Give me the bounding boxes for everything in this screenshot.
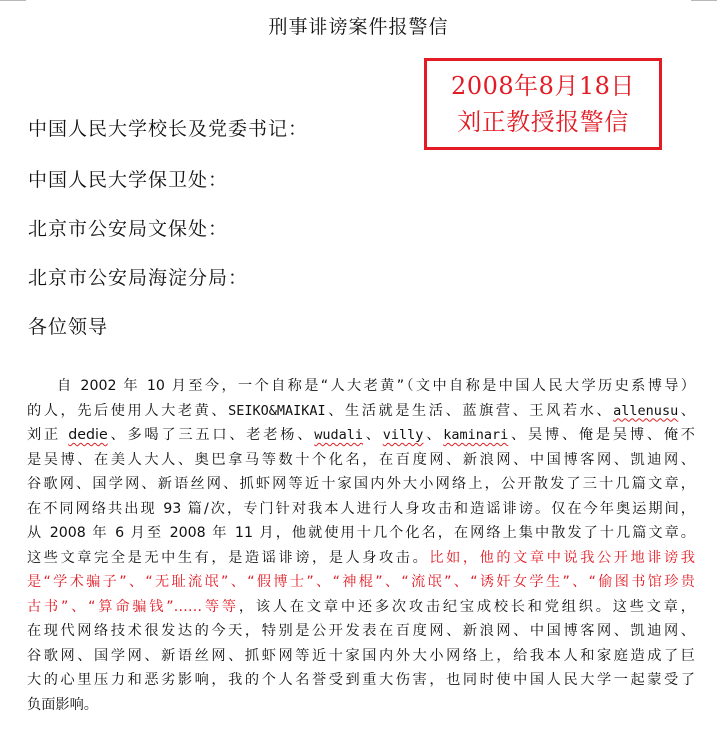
highlighted-text: 比如，他的文章中说我公开地诽谤我 [429,550,695,566]
text-run: 从 2008 年 6 月至 2008 年 11 月，他就使用十几个化名，在网络上… [27,525,695,541]
page-corner-mark-left [0,0,26,1]
body-line: 大的心里压力和恶劣影响，我的个人名誉受到重大伤害，也同时使中国人民大学一起蒙受了 [27,668,695,693]
spellcheck-flagged-word: villy [383,427,424,443]
body-line: 的人，先后使用人大老黄、SEIKO&MAIKAI、生活就是生活、蓝旗营、王风若水… [27,399,695,424]
text-run: 是吴博、在美人大人、奥巴拿马等数十个化名，在百度网、新浪网、中国博客网、凯迪网、 [27,452,695,468]
text-run: 、吴博、俺是吴博、俺不 [508,427,695,443]
addressee-leaders: 各位领导 [28,312,108,339]
text-run: 、多喝了三五口、老老杨、 [108,427,315,443]
text-run: 、 [423,427,443,443]
date-stamp-box: 2008年8月18日 刘正教授报警信 [424,58,662,150]
text-run: SEIKO&MAIKAI [228,403,326,419]
highlighted-text: 古书”、“算命骗钱”……等等 [27,599,239,615]
body-paragraph: 自 2002 年 10 月至今，一个自称是“人大老黄”（文中自称是中国人民大学历… [27,374,695,717]
body-line: 谷歌网、国学网、新语丝网、抓虾网等近十家国内外大小网络上，公开散发了三十几篇文章… [27,472,695,497]
stamp-date: 2008年8月18日 [451,68,635,104]
body-line: 从 2008 年 6 月至 2008 年 11 月，他就使用十几个化名，在网络上… [27,521,695,546]
text-run: ，该人在文章中还多次攻击纪宝成校长和党组织。这些文章， [239,599,695,615]
text-run: 、 [678,403,695,419]
addressee-police-haidian: 北京市公安局海淀分局： [28,263,248,290]
body-line: 这些文章完全是无中生有，是造谣诽谤，是人身攻击。比如，他的文章中说我公开地诽谤我 [27,546,695,571]
text-run: 这些文章完全是无中生有，是造谣诽谤，是人身攻击。 [27,550,429,566]
text-run: 负面影响。 [27,697,98,713]
text-run: 谷歌网、国学网、新语丝网、抓虾网等近十家国内外大小网络上，给我本人和家庭造成了巨 [27,648,695,664]
addressee-president: 中国人民大学校长及党委书记： [28,114,308,141]
text-run: 的人，先后使用人大老黄、 [27,403,228,419]
text-run: 在不同网络共出现 93 篇/次，专门针对我本人进行人身攻击和造谣诽谤。仅在今年奥… [27,501,695,517]
text-run: 大的心里压力和恶劣影响，我的个人名誉受到重大伤害，也同时使中国人民大学一起蒙受了 [27,672,695,688]
body-line: 自 2002 年 10 月至今，一个自称是“人大老黄”（文中自称是中国人民大学历… [27,374,695,399]
body-line: 刘正 dedie、多喝了三五口、老老杨、wudali、villy、kaminar… [27,423,695,448]
addressee-police-culture: 北京市公安局文保处： [28,214,228,241]
body-line: 在不同网络共出现 93 篇/次，专门针对我本人进行人身攻击和造谣诽谤。仅在今年奥… [27,497,695,522]
body-line: 负面影响。 [27,693,695,718]
body-line: 在现代网络技术很发达的今天，特别是公开发表在百度网、新浪网、中国博客网、凯迪网、 [27,619,695,644]
document-title: 刑事诽谤案件报警信 [0,12,717,39]
spellcheck-flagged-word: allenusu [613,403,678,419]
spellcheck-flagged-word: dedie [68,427,107,443]
spellcheck-flagged-word: wudali [314,427,363,443]
stamp-caption: 刘正教授报警信 [457,104,629,140]
body-line: 是吴博、在美人大人、奥巴拿马等数十个化名，在百度网、新浪网、中国博客网、凯迪网、 [27,448,695,473]
text-run: 、生活就是生活、蓝旗营、王风若水、 [326,403,614,419]
text-run: 刘正 [27,427,68,443]
text-run: 自 2002 年 10 月至今，一个自称是“人大老黄”（文中自称是中国人民大学历… [57,378,695,394]
page-corner-mark-right [691,0,717,1]
body-line: 谷歌网、国学网、新语丝网、抓虾网等近十家国内外大小网络上，给我本人和家庭造成了巨 [27,644,695,669]
spellcheck-flagged-word: kaminari [443,427,508,443]
body-line: 是“学术骗子”、“无耻流氓”、“假博士”、“神棍”、“流氓”、“诱奸女学生”、“… [27,570,695,595]
text-run: 在现代网络技术很发达的今天，特别是公开发表在百度网、新浪网、中国博客网、凯迪网、 [27,623,695,639]
highlighted-text: 是“学术骗子”、“无耻流氓”、“假博士”、“神棍”、“流氓”、“诱奸女学生”、“… [27,574,695,590]
addressee-security-office: 中国人民大学保卫处： [28,165,228,192]
text-run: 谷歌网、国学网、新语丝网、抓虾网等近十家国内外大小网络上，公开散发了三十几篇文章… [27,476,695,492]
body-line: 古书”、“算命骗钱”……等等，该人在文章中还多次攻击纪宝成校长和党组织。这些文章… [27,595,695,620]
text-run: 、 [363,427,383,443]
